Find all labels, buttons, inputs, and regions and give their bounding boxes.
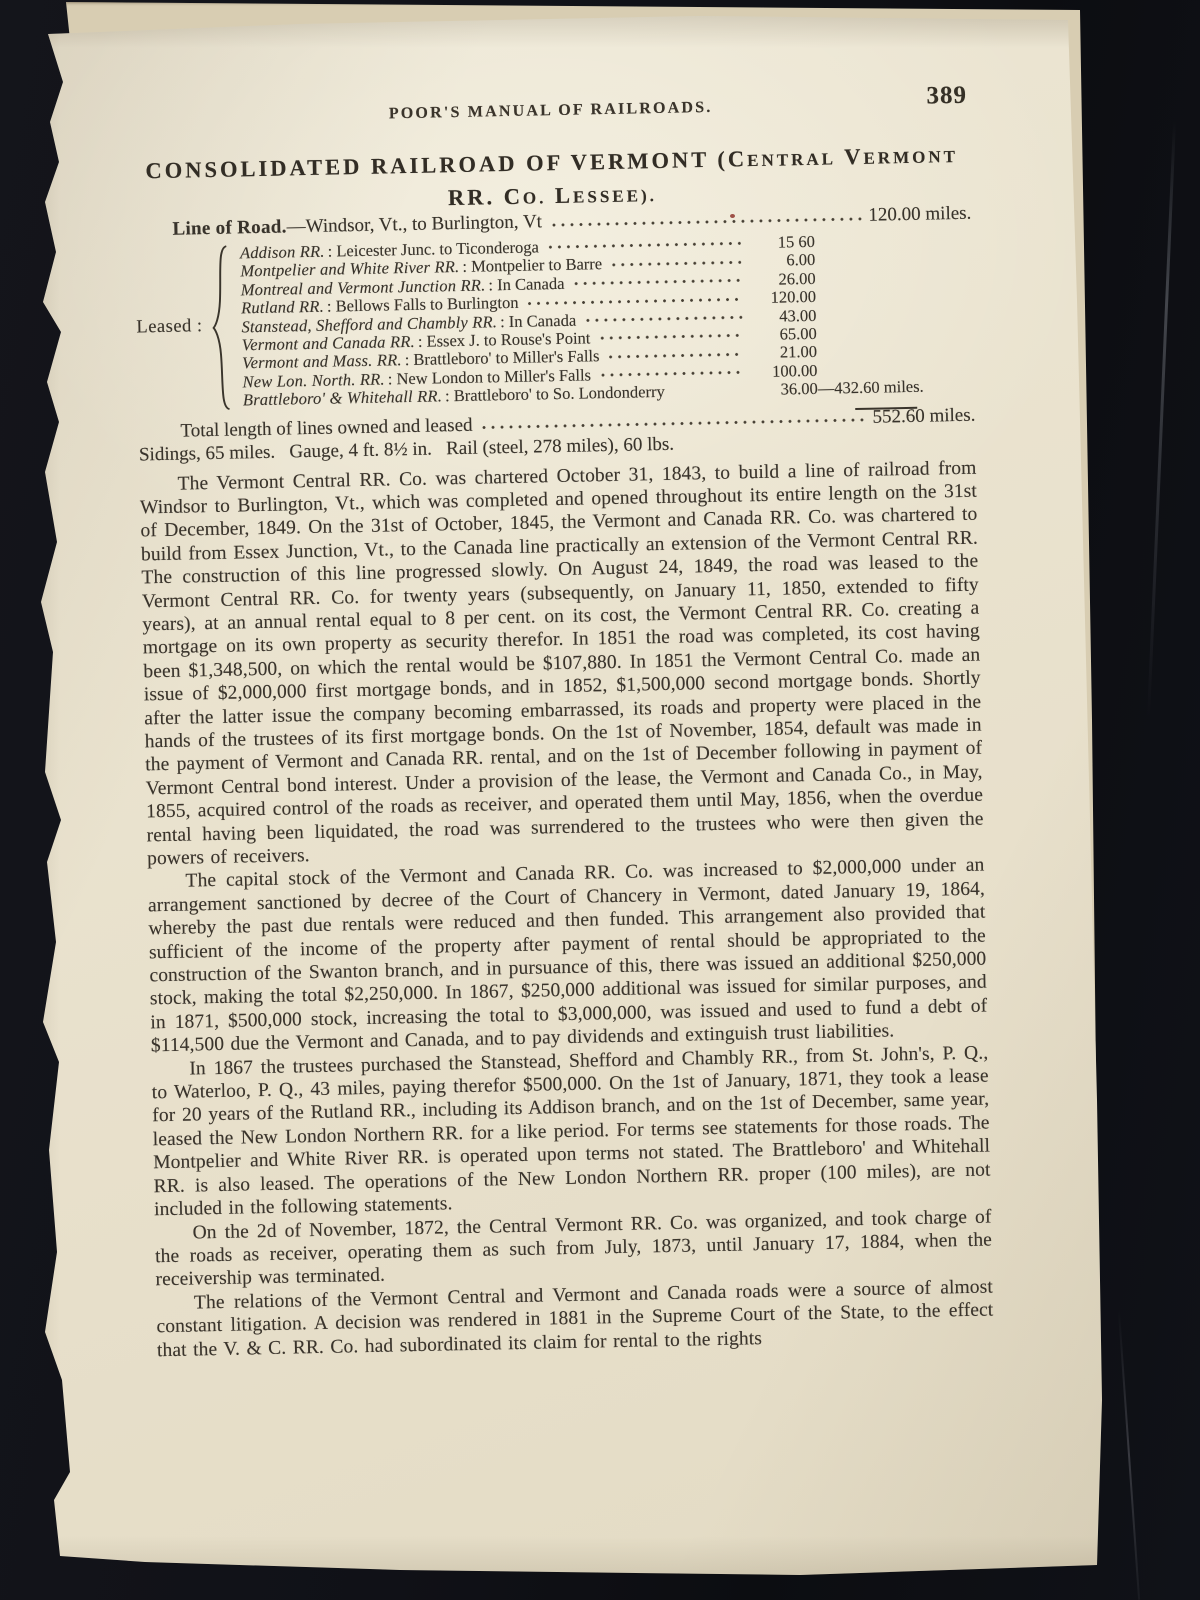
page-number: 389 (926, 82, 967, 111)
page-content: POOR'S MANUAL OF RAILROADS. 389 CONSOLID… (130, 0, 994, 1362)
column-gap (815, 244, 972, 247)
total-length-miles: 552.60 miles. (872, 404, 975, 428)
title-smallcaps: ESSEE). (573, 186, 657, 207)
title-part: RR. C (448, 184, 523, 211)
line-of-road-route: —Windsor, Vt., to Burlington, Vt (286, 211, 542, 238)
column-gap (816, 317, 973, 320)
book-page: POOR'S MANUAL OF RAILROADS. 389 CONSOLID… (0, 0, 1200, 1600)
running-title: POOR'S MANUAL OF RAILROADS. (132, 94, 969, 129)
title-part: CONSOLIDATED RAILROAD OF VERMONT (C (145, 146, 747, 183)
column-gap (818, 372, 975, 375)
line-of-road-label: Line of Road. (134, 216, 287, 241)
column-gap (816, 280, 973, 283)
column-gap (817, 336, 974, 339)
leased-lines-block: Leased : Addison RR. : Leicester Junc. t… (135, 229, 975, 411)
leased-label: Leased : (136, 316, 203, 338)
railroad-miles: 36.00 (756, 379, 818, 400)
background-light-streak-lower (1118, 1310, 1140, 1599)
paragraph-history-charter: The Vermont Central RR. Co. was chartere… (139, 456, 984, 871)
column-gap (816, 299, 973, 302)
red-print-speck (730, 214, 735, 218)
title-part: V (836, 144, 864, 170)
dot-leader (549, 205, 865, 235)
title-part: L (546, 183, 573, 209)
line-of-road-miles: 120.00 miles. (868, 203, 971, 227)
title-smallcaps: ENTRAL (747, 149, 836, 170)
background-light-streak (1147, 120, 1176, 720)
leased-brace (211, 245, 230, 411)
railroad-name: Brattleboro' & Whitehall RR. (243, 386, 443, 410)
column-gap (817, 354, 974, 357)
column-gap (815, 262, 972, 265)
paragraph-trustee-purchases: In 1867 the trustees purchased the Stans… (151, 1041, 991, 1222)
title-smallcaps: ERMONT (863, 147, 958, 168)
running-head-row: POOR'S MANUAL OF RAILROADS. 389 (132, 94, 969, 133)
body-paragraphs: The Vermont Central RR. Co. was chartere… (139, 456, 994, 1362)
paragraph-capital-stock: The capital stock of the Vermont and Can… (147, 854, 988, 1058)
dot-leader (672, 380, 744, 400)
leased-total-suffix: —432.60 miles. (818, 376, 975, 399)
title-smallcaps: O. (523, 188, 547, 207)
